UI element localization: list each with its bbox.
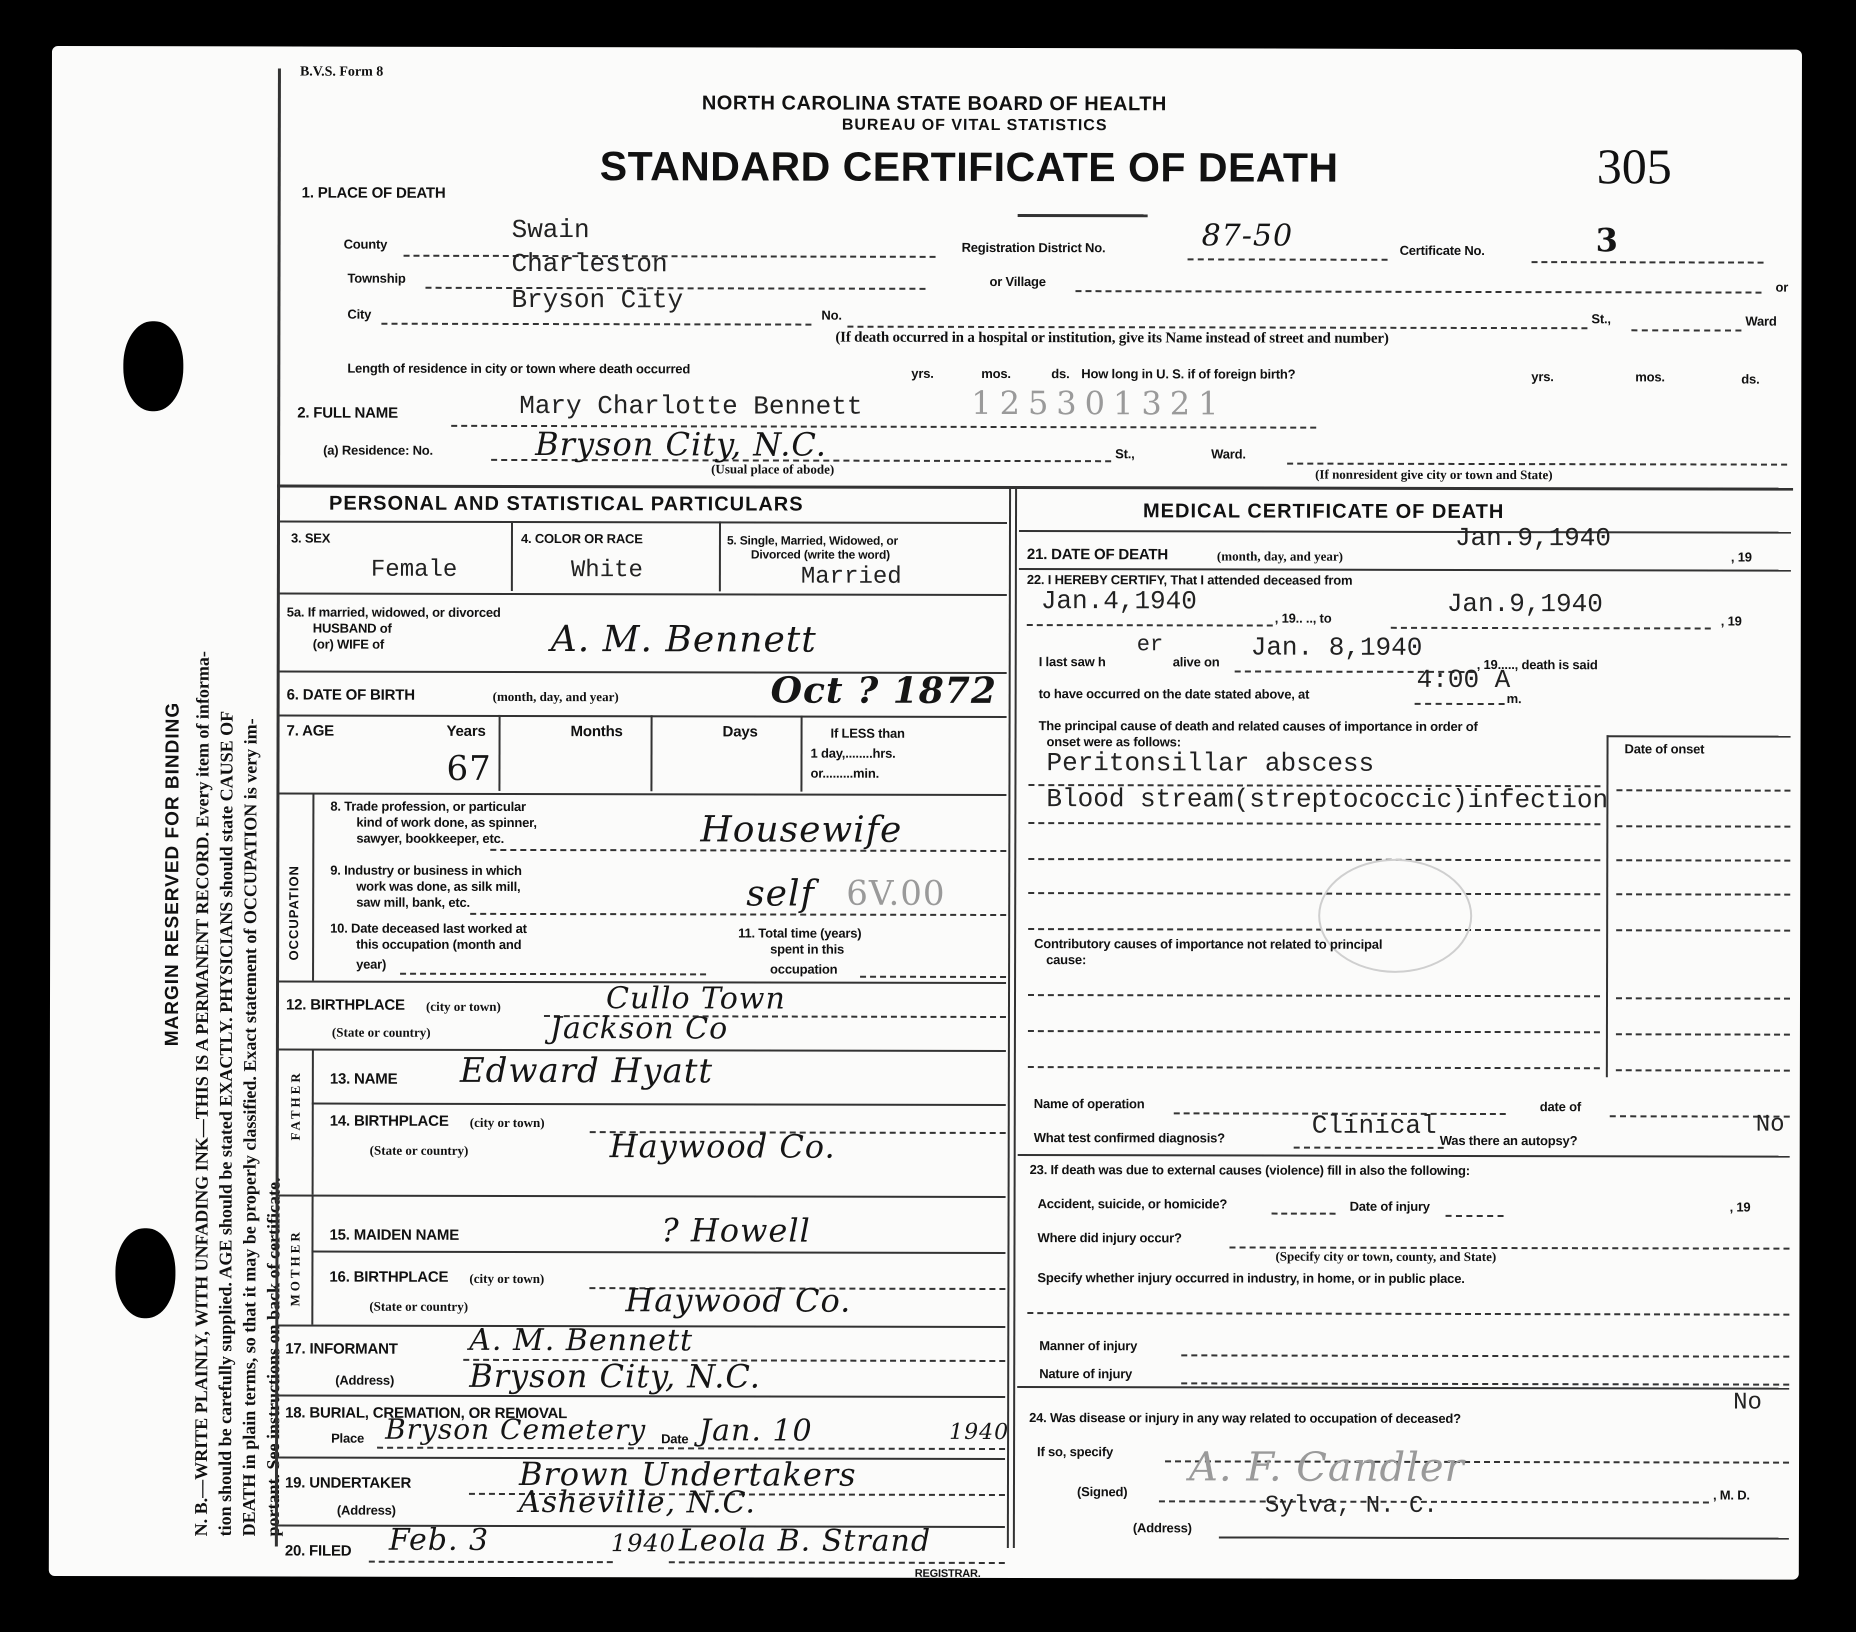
residence-mos: mos. xyxy=(981,366,1011,381)
column-divider-right xyxy=(1013,488,1017,1548)
less-than-label-3: or.........min. xyxy=(810,766,879,781)
burial-line xyxy=(377,1447,1005,1450)
contrib-onset-line-2 xyxy=(1616,1033,1790,1035)
where-hint: (Specify city or town, county, and State… xyxy=(1275,1249,1496,1265)
injury-19: , 19 xyxy=(1730,1200,1751,1215)
attended-to-value: Jan.9,1940 xyxy=(1447,589,1603,619)
operation-label: Name of operation xyxy=(1034,1096,1145,1111)
dod-value: Jan.9,1940 xyxy=(1455,523,1611,553)
mother-birthplace-state-value: Haywood Co. xyxy=(625,1281,851,1319)
bureau-name: BUREAU OF VITAL STATISTICS xyxy=(842,117,1108,136)
onset-line-5 xyxy=(1616,929,1790,931)
onset-top-line xyxy=(1607,735,1791,737)
autopsy-label: Was there an autopsy? xyxy=(1440,1133,1578,1148)
cause-line-4 xyxy=(1028,892,1600,895)
if-so-label: If so, specify xyxy=(1037,1444,1113,1459)
autopsy-value: No xyxy=(1756,1112,1785,1139)
physician-address-value: Sylva, N. C. xyxy=(1265,1493,1438,1520)
attended-from-value: Jan.4,1940 xyxy=(1041,586,1197,616)
last-saw-pronoun: er xyxy=(1137,632,1163,657)
age-months-label: Months xyxy=(571,723,623,740)
row-line-11 xyxy=(277,1394,1005,1398)
manner-line xyxy=(1181,1354,1789,1357)
occupation-related-value: No xyxy=(1733,1390,1762,1417)
where-label: Where did injury occur? xyxy=(1037,1230,1181,1245)
occupation-related-label: 24. Was disease or injury in any way rel… xyxy=(1029,1410,1461,1426)
mother-birthplace-label: 16. BIRTHPLACE xyxy=(329,1269,448,1286)
ward-line xyxy=(1631,329,1741,331)
attended-to-label: , 19.. .., to xyxy=(1275,611,1332,626)
spouse-label-1: 5a. If married, widowed, or divorced xyxy=(287,604,501,619)
mother-maiden-value: ? Howell xyxy=(661,1211,810,1249)
m-label: m. xyxy=(1507,691,1522,706)
last-worked-label-2: this occupation (month and xyxy=(356,937,521,952)
physician-signature: A. F. Candler xyxy=(1189,1444,1465,1491)
hospital-note: (If death occurred in a hospital or inst… xyxy=(835,330,1388,348)
undertaker-address-label: (Address) xyxy=(337,1503,396,1518)
cause-2: Blood stream(streptococcic)infection xyxy=(1046,784,1608,815)
spouse-value: A. M. Bennett xyxy=(551,619,817,661)
sex-race-divider xyxy=(511,521,513,591)
margin-instructions-line-3: DEATH in plain terms, so that it may be … xyxy=(239,718,262,1536)
age-years-label: Years xyxy=(447,723,486,740)
personal-title-line xyxy=(279,520,1007,524)
margin-instructions-line-1: N. B.—WRITE PLAINLY, WITH UNFADING INK—T… xyxy=(191,651,214,1536)
row-line-1 xyxy=(279,592,1007,596)
accident-label: Accident, suicide, or homicide? xyxy=(1038,1196,1228,1211)
birthplace-label: 12. BIRTHPLACE xyxy=(286,996,405,1013)
contrib-onset-line-1 xyxy=(1616,997,1790,999)
birthplace-state-value: Jackson Co xyxy=(550,1011,728,1046)
registrar-signature: Leola B. Strand xyxy=(679,1523,931,1559)
contrib-line-3 xyxy=(1028,1066,1600,1069)
faint-stamp-icon xyxy=(1318,859,1472,973)
burial-year-value: 1940 xyxy=(949,1420,1009,1445)
burial-place-label: Place xyxy=(331,1431,364,1446)
external-causes-label: 23. If death was due to external causes … xyxy=(1030,1162,1470,1178)
row-line-9 xyxy=(311,1251,1005,1254)
last-saw-date: Jan. 8,1940 xyxy=(1251,633,1423,663)
md-label: , M. D. xyxy=(1713,1487,1750,1502)
father-birthplace-label: 14. BIRTHPLACE xyxy=(330,1113,449,1130)
registration-district-label: Registration District No. xyxy=(962,240,1106,255)
city-value: Bryson City xyxy=(511,285,683,315)
contributory-label-2: cause: xyxy=(1046,952,1086,967)
county-label: County xyxy=(344,237,388,252)
industry-value: self xyxy=(746,873,815,914)
row-line-3 xyxy=(279,714,1007,718)
mother-side-label: MOTHER xyxy=(287,1229,303,1306)
time-line xyxy=(1415,703,1505,705)
form-id: B.V.S. Form 8 xyxy=(300,65,383,81)
contrib-onset-line-3 xyxy=(1616,1069,1790,1071)
medical-line-3 xyxy=(1017,1386,1789,1390)
certificate-no-value: 3 xyxy=(1596,221,1619,259)
mother-maiden-label: 15. MAIDEN NAME xyxy=(329,1227,459,1244)
residence-ds: ds. xyxy=(1051,366,1069,381)
trade-label-3: sawyer, bookkeeper, etc. xyxy=(356,831,504,846)
attended-to-line xyxy=(1391,627,1711,630)
signed-label: (Signed) xyxy=(1077,1484,1127,1499)
nature-line xyxy=(1181,1382,1789,1385)
section-divider xyxy=(277,484,1793,490)
physician-address-label: (Address) xyxy=(1133,1520,1192,1535)
registrar-label: REGISTRAR. xyxy=(915,1568,981,1580)
foreign-mos: mos. xyxy=(1635,369,1665,384)
specify-place-label: Specify whether injury occurred in indus… xyxy=(1037,1270,1464,1286)
medical-line-2 xyxy=(1018,1154,1790,1158)
medical-line-1 xyxy=(1019,568,1791,572)
cause-line-3 xyxy=(1028,858,1600,861)
full-name-pencil-annotation: 125301321 xyxy=(971,384,1226,423)
full-name-label: 2. FULL NAME xyxy=(297,405,398,422)
informant-address-label: (Address) xyxy=(335,1373,394,1388)
father-birthplace-city-hint: (city or town) xyxy=(470,1115,545,1131)
margin-instructions-line-2: tion should be carefully supplied. AGE s… xyxy=(215,711,238,1537)
trade-label-1: 8. Trade profession, or particular xyxy=(330,799,526,814)
age-years-divider xyxy=(498,715,500,791)
or-label: or xyxy=(1775,280,1788,295)
dob-label: 6. DATE OF BIRTH xyxy=(287,686,415,703)
cause-intro-2: onset were as follows: xyxy=(1047,734,1181,749)
cause-1: Peritonsillar abscess xyxy=(1046,748,1374,779)
accident-line xyxy=(1272,1213,1336,1215)
race-label: 4. COLOR OR RACE xyxy=(521,531,643,546)
informant-value: A. M. Bennett xyxy=(469,1323,693,1358)
test-line xyxy=(1294,1147,1444,1149)
cause-intro-1: The principal cause of death and related… xyxy=(1039,718,1478,734)
certificate-no-line xyxy=(1532,261,1764,263)
filed-label: 20. FILED xyxy=(285,1542,352,1559)
test-value: Clinical xyxy=(1312,1111,1437,1141)
page-number: 305 xyxy=(1597,137,1672,195)
medical-section-title: MEDICAL CERTIFICATE OF DEATH xyxy=(1143,500,1504,524)
onset-line-2 xyxy=(1616,825,1790,827)
registration-district-line xyxy=(1188,258,1388,260)
street-no-label: No. xyxy=(821,308,841,323)
dod-19: , 19 xyxy=(1731,550,1752,565)
total-time-label-3: occupation xyxy=(770,962,837,977)
race-marital-divider xyxy=(719,521,721,591)
age-days-label: Days xyxy=(723,723,758,740)
time-value: 4:00 A xyxy=(1417,665,1511,695)
total-time-label-1: 11. Total time (years) xyxy=(738,925,861,940)
spouse-label-2: HUSBAND of xyxy=(313,621,392,636)
marital-label-1: 5. Single, Married, Widowed, or xyxy=(727,533,898,547)
occurred-label: to have occurred on the date stated abov… xyxy=(1039,686,1310,702)
attended-from-line xyxy=(1027,624,1273,627)
date-of-onset-label: Date of onset xyxy=(1625,741,1705,756)
residence-value: Bryson City, N.C. xyxy=(535,425,827,464)
certificate-paper: MARGIN RESERVED FOR BINDING N. B.—WRITE … xyxy=(49,46,1802,1580)
occupation-side-label: OCCUPATION xyxy=(286,865,301,960)
age-label: 7. AGE xyxy=(287,722,334,739)
row-line-7 xyxy=(312,1103,1006,1106)
sex-value: Female xyxy=(371,557,457,584)
residence-ward-label: Ward. xyxy=(1211,446,1246,461)
township-value: Charleston xyxy=(512,249,668,279)
city-line xyxy=(381,323,811,326)
total-time-line xyxy=(860,976,1006,978)
age-years-value: 67 xyxy=(446,749,491,789)
trade-label-2: kind of work done, as spinner, xyxy=(356,815,536,830)
father-side-rule xyxy=(312,1051,314,1195)
onset-line-4 xyxy=(1616,893,1790,895)
residence-st-label: St., xyxy=(1115,446,1134,461)
burial-place-value: Bryson Cemetery xyxy=(385,1413,646,1447)
county-line xyxy=(404,255,936,258)
foreign-yrs: yrs. xyxy=(1531,369,1553,384)
specify-place-line xyxy=(1027,1312,1789,1316)
spouse-label-3: (or) WIFE of xyxy=(313,637,384,652)
personal-section-title: PERSONAL AND STATISTICAL PARTICULARS xyxy=(329,493,804,517)
industry-label-1: 9. Industry or business in which xyxy=(330,863,522,878)
registrar-line xyxy=(669,1561,1005,1564)
last-saw-label: I last saw h xyxy=(1039,654,1106,669)
onset-line-3 xyxy=(1616,859,1790,861)
last-worked-label-1: 10. Date deceased last worked at xyxy=(330,921,527,936)
burial-date-label: Date xyxy=(661,1431,688,1446)
nonresident-line xyxy=(1287,463,1787,466)
mother-birthplace-city-hint: (city or town) xyxy=(469,1271,544,1287)
certificate-no-label: Certificate No. xyxy=(1400,243,1485,258)
dod-hint: (month, day, and year) xyxy=(1217,548,1343,564)
column-divider-left xyxy=(1007,488,1011,1548)
usual-abode-note: (Usual place of abode) xyxy=(711,461,834,477)
registration-district-value: 87-50 xyxy=(1202,218,1294,253)
less-than-label-2: 1 day,........hrs. xyxy=(811,746,896,761)
race-value: White xyxy=(571,557,643,584)
father-birthplace-state-value: Haywood Co. xyxy=(610,1127,836,1165)
medical-title-line xyxy=(1019,530,1791,534)
filed-date-value: Feb. 3 xyxy=(389,1523,489,1558)
contributory-label-1: Contributory causes of importance not re… xyxy=(1034,936,1382,952)
contrib-line-2 xyxy=(1028,1030,1600,1033)
binding-margin-note: MARGIN RESERVED FOR BINDING xyxy=(162,702,185,1046)
less-than-label-1: If LESS than xyxy=(831,726,905,741)
age-days-divider xyxy=(800,716,802,792)
residence-yrs: yrs. xyxy=(911,366,933,381)
sex-label: 3. SEX xyxy=(291,531,330,546)
full-name-value: Mary Charlotte Bennett xyxy=(519,391,862,422)
cause-line-2 xyxy=(1028,822,1600,825)
filed-year-value: 1940 xyxy=(611,1529,676,1557)
mother-side-rule xyxy=(311,1197,313,1325)
father-side-label: FATHER xyxy=(288,1070,304,1140)
village-line xyxy=(1075,290,1761,293)
birthplace-city-hint: (city or town) xyxy=(426,999,501,1015)
township-label: Township xyxy=(347,271,405,286)
informant-label: 17. INFORMANT xyxy=(285,1340,397,1357)
marital-label-2: Divorced (write the word) xyxy=(751,547,890,561)
occupation-side-rule xyxy=(312,795,314,981)
contrib-line-1 xyxy=(1028,994,1600,997)
punch-hole-top xyxy=(123,321,183,411)
operation-date-label: date of xyxy=(1540,1099,1581,1114)
title-underline xyxy=(1018,214,1148,217)
agency-name: NORTH CAROLINA STATE BOARD OF HEALTH xyxy=(702,92,1167,116)
attended-to-19: , 19 xyxy=(1721,613,1742,628)
alive-on-label: alive on xyxy=(1173,654,1220,669)
dod-label: 21. DATE OF DEATH xyxy=(1027,546,1168,563)
county-value: Swain xyxy=(512,215,590,245)
burial-date-value: Jan. 10 xyxy=(699,1413,813,1448)
last-worked-line xyxy=(400,973,706,976)
trade-value: Housewife xyxy=(700,809,902,850)
marital-value: Married xyxy=(801,564,902,591)
village-label: or Village xyxy=(989,274,1045,289)
industry-label-2: work was done, as silk mill, xyxy=(356,879,520,894)
mother-birthplace-state-hint: (State or country) xyxy=(369,1299,468,1315)
manner-label: Manner of injury xyxy=(1039,1338,1137,1353)
punch-hole-bottom xyxy=(115,1228,175,1318)
cause-line-5 xyxy=(1028,928,1600,931)
father-birthplace-state-hint: (State or country) xyxy=(370,1143,469,1159)
undertaker-address-value: Asheville, N.C. xyxy=(519,1485,756,1520)
filed-line xyxy=(369,1561,613,1564)
father-name-label: 13. NAME xyxy=(330,1071,398,1088)
nature-label: Nature of injury xyxy=(1039,1366,1132,1381)
street-line xyxy=(847,326,1587,330)
margin-instructions-line-4: portant. See instructions on back of cer… xyxy=(263,1177,285,1536)
physician-address-line xyxy=(1219,1536,1789,1539)
street-st-label: St., xyxy=(1591,311,1610,326)
total-time-label-2: spent in this xyxy=(770,942,844,957)
undertaker-label: 19. UNDERTAKER xyxy=(285,1474,411,1491)
residence-length-label: Length of residence in city or town wher… xyxy=(347,361,690,377)
foreign-ds: ds. xyxy=(1741,372,1759,387)
injury-date-line xyxy=(1446,1215,1504,1217)
page-title: STANDARD CERTIFICATE OF DEATH xyxy=(600,143,1339,192)
dob-hint: (month, day, and year) xyxy=(493,689,619,705)
last-worked-label-3: year) xyxy=(356,957,386,972)
ward-label: Ward xyxy=(1745,314,1776,329)
place-of-death-label: 1. PLACE OF DEATH xyxy=(302,185,446,202)
nonresident-note: (If nonresident give city or town and St… xyxy=(1315,467,1553,483)
informant-address-value: Bryson City, N.C. xyxy=(469,1357,761,1396)
dob-value: Oct ? 1872 xyxy=(771,670,997,712)
onset-line-1 xyxy=(1616,789,1790,791)
city-label: City xyxy=(347,307,371,322)
test-label: What test confirmed diagnosis? xyxy=(1034,1130,1225,1145)
birthplace-state-hint: (State or country) xyxy=(332,1025,431,1041)
father-name-value: Edward Hyatt xyxy=(460,1051,713,1092)
row-line-4 xyxy=(278,792,1006,796)
industry-label-3: saw mill, bank, etc. xyxy=(356,895,470,910)
industry-pencil-note: 6V.00 xyxy=(846,874,945,914)
injury-date-label: Date of injury xyxy=(1350,1199,1430,1214)
row-line-8 xyxy=(278,1194,1006,1198)
residence-label: (a) Residence: No. xyxy=(323,443,433,458)
foreign-birth-label: How long in U. S. if of foreign birth? xyxy=(1081,366,1295,381)
age-months-divider xyxy=(650,715,652,791)
